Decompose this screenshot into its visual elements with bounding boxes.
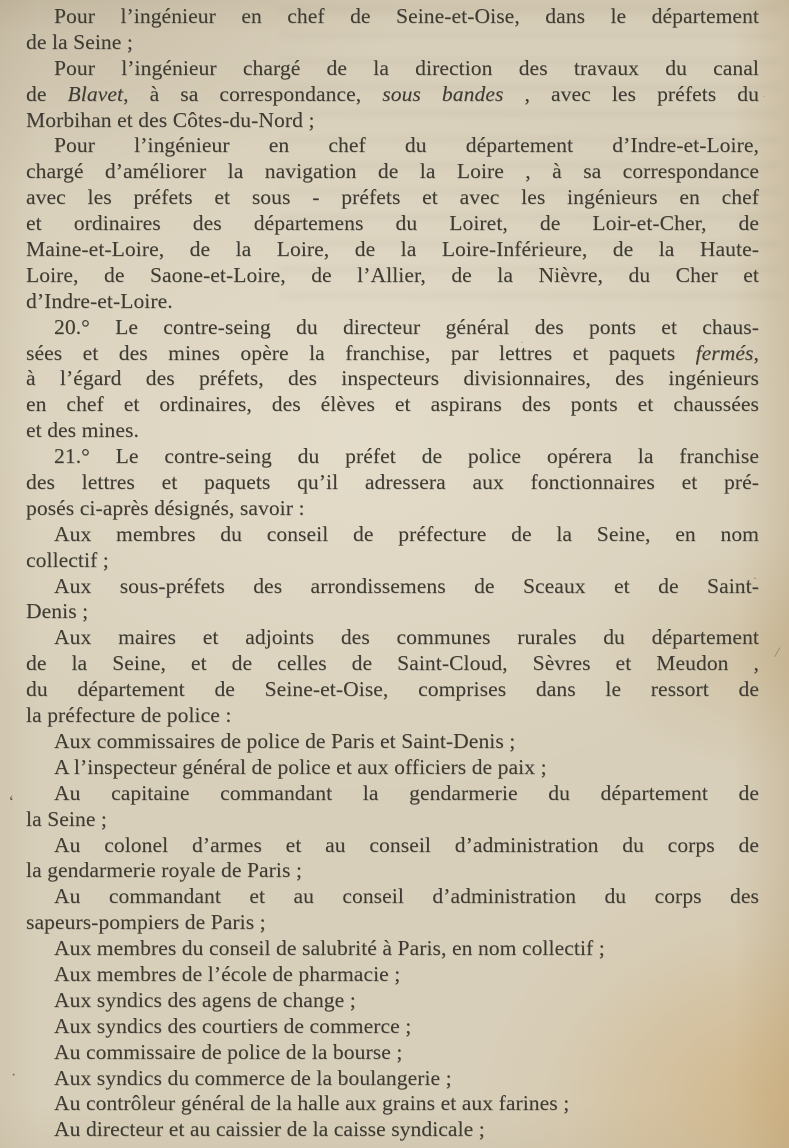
text-line: de Blavet, à sa correspondance, sous ban… — [26, 82, 759, 108]
text-line: la préfecture de police : — [26, 703, 759, 729]
paragraph: Aux membres de l’école de pharmacie ; — [26, 962, 759, 988]
text-line: à l’égard des préfets, des inspecteurs d… — [26, 366, 759, 392]
text-run: A l’inspecteur général de police et aux … — [54, 755, 547, 779]
text-line: Pour l’ingénieur en chef du département … — [26, 133, 759, 159]
text-run: la préfecture de police : — [26, 703, 231, 727]
text-run: Aux syndics des agens de change ; — [54, 988, 356, 1012]
text-run: de la Seine, et de celles de Saint-Cloud… — [26, 651, 759, 675]
text-run: , à sa correspondance, — [123, 82, 382, 106]
text-run: Denis ; — [26, 599, 88, 623]
text-line: Au capitaine commandant la gendarmerie d… — [26, 781, 759, 807]
paragraph: Pour l’ingénieur en chef de Seine-et-Ois… — [26, 4, 759, 56]
italic-text: Blavet — [68, 82, 124, 106]
text-line: sapeurs-pompiers de Paris ; — [26, 910, 759, 936]
paragraph: 21.° Le contre-seing du préfet de police… — [26, 444, 759, 522]
text-line: la gendarmerie royale de Paris ; — [26, 858, 759, 884]
paragraph: Aux commissaires de police de Paris et S… — [26, 729, 759, 755]
text-run: la gendarmerie royale de Paris ; — [26, 858, 302, 882]
paragraph: Pour l’ingénieur en chef du département … — [26, 133, 759, 314]
text-run: la Seine ; — [26, 807, 107, 831]
text-run: 20.° Le contre-seing du directeur généra… — [54, 315, 759, 339]
paragraph: Aux membres du conseil de salubrité à Pa… — [26, 936, 759, 962]
stray-mark: · — [762, 92, 766, 103]
text-line: posés ci-après désignés, savoir : — [26, 496, 759, 522]
paragraph: Aux maires et adjoints des communes rura… — [26, 625, 759, 729]
text-run: Aux membres de l’école de pharmacie ; — [54, 962, 400, 986]
text-run: Pour l’ingénieur en chef du département … — [54, 133, 759, 157]
text-line: Aux sous-préfets des arrondissemens de S… — [26, 574, 759, 600]
text-run: Pour l’ingénieur en chef de Seine-et-Ois… — [54, 4, 759, 28]
text-line: Au contrôleur général de la halle aux gr… — [26, 1091, 759, 1117]
text-line: la Seine ; — [26, 807, 759, 833]
text-run: des lettres et paquets qu’il adressera a… — [26, 470, 759, 494]
text-run: Aux maires et adjoints des communes rura… — [54, 625, 759, 649]
text-run: , avec les préfets du — [503, 82, 759, 106]
text-line: des lettres et paquets qu’il adressera a… — [26, 470, 759, 496]
text-run: Au commandant et au conseil d’administra… — [54, 884, 759, 908]
text-run: posés ci-après désignés, savoir : — [26, 496, 305, 520]
paragraph: Pour l’ingénieur chargé de la direction … — [26, 56, 759, 134]
text-line: Au commandant et au conseil d’administra… — [26, 884, 759, 910]
text-run: Au capitaine commandant la gendarmerie d… — [54, 781, 759, 805]
text-line: Pour l’ingénieur chargé de la direction … — [26, 56, 759, 82]
text-run: Aux syndics des courtiers de commerce ; — [54, 1014, 411, 1038]
text-line: Maine-et-Loire, de la Loire, de la Loire… — [26, 237, 759, 263]
text-run: Aux membres du conseil de préfecture de … — [54, 522, 759, 546]
text-run: avec les préfets et sous - préfets et av… — [26, 185, 759, 209]
text-run: du département de Seine-et-Oise, compris… — [26, 677, 759, 701]
text-line: sées et des mines opère la franchise, pa… — [26, 341, 759, 367]
paragraph: Aux syndics des courtiers de commerce ; — [26, 1014, 759, 1040]
page-text: Pour l’ingénieur en chef de Seine-et-Ois… — [26, 4, 759, 1143]
text-line: Loire, de Saone-et-Loire, de l’Allier, d… — [26, 263, 759, 289]
text-line: en chef et ordinaires, des élèves et asp… — [26, 392, 759, 418]
text-run: Aux commissaires de police de Paris et S… — [54, 729, 515, 753]
text-run: d’Indre-et-Loire. — [26, 289, 173, 313]
text-line: Aux syndics du commerce de la boulangeri… — [26, 1066, 759, 1092]
text-run: Au contrôleur général de la halle aux gr… — [54, 1091, 569, 1115]
text-run: Au commissaire de police de la bourse ; — [54, 1040, 402, 1064]
text-line: Morbihan et des Côtes-du-Nord ; — [26, 108, 759, 134]
paragraph: Au commissaire de police de la bourse ; — [26, 1040, 759, 1066]
text-run: Pour l’ingénieur chargé de la direction … — [54, 56, 759, 80]
text-run: Au colonel d’armes et au conseil d’admin… — [54, 833, 759, 857]
text-run: et ordinaires des départemens du Loiret,… — [26, 211, 759, 235]
text-run: 21.° Le contre-seing du préfet de police… — [54, 444, 759, 468]
paragraph: Au capitaine commandant la gendarmerie d… — [26, 781, 759, 833]
text-run: Loire, de Saone-et-Loire, de l’Allier, d… — [26, 263, 759, 287]
paragraph: 20.° Le contre-seing du directeur généra… — [26, 315, 759, 444]
text-run: en chef et ordinaires, des élèves et asp… — [26, 392, 759, 416]
text-run: Morbihan et des Côtes-du-Nord ; — [26, 108, 315, 132]
paragraph: Au colonel d’armes et au conseil d’admin… — [26, 833, 759, 885]
text-line: de la Seine ; — [26, 30, 759, 56]
text-line: Aux commissaires de police de Paris et S… — [26, 729, 759, 755]
italic-text: sous bandes — [382, 82, 503, 106]
text-run: , — [754, 341, 759, 365]
text-run: à l’égard des préfets, des inspecteurs d… — [26, 366, 759, 390]
paragraph: Aux syndics du commerce de la boulangeri… — [26, 1066, 759, 1092]
text-line: Au directeur et au caissier de la caisse… — [26, 1117, 759, 1143]
text-line: Aux maires et adjoints des communes rura… — [26, 625, 759, 651]
text-line: Aux membres du conseil de préfecture de … — [26, 522, 759, 548]
text-line: Au commissaire de police de la bourse ; — [26, 1040, 759, 1066]
paragraph: Au commandant et au conseil d’administra… — [26, 884, 759, 936]
text-line: Aux syndics des courtiers de commerce ; — [26, 1014, 759, 1040]
text-line: et ordinaires des départemens du Loiret,… — [26, 211, 759, 237]
text-line: Aux membres de l’école de pharmacie ; — [26, 962, 759, 988]
text-run: collectif ; — [26, 548, 109, 572]
stray-mark: ‘ — [8, 793, 16, 811]
text-line: du département de Seine-et-Oise, compris… — [26, 677, 759, 703]
text-run: chargé d’améliorer la navigation de la L… — [26, 159, 759, 183]
scanned-document-page: Pour l’ingénieur en chef de Seine-et-Ois… — [0, 0, 789, 1148]
text-run: de — [26, 82, 68, 106]
text-line: d’Indre-et-Loire. — [26, 289, 759, 315]
text-line: et des mines. — [26, 418, 759, 444]
text-run: Aux sous-préfets des arrondissemens de S… — [54, 574, 759, 598]
text-line: Aux syndics des agens de change ; — [26, 988, 759, 1014]
text-line: 21.° Le contre-seing du préfet de police… — [26, 444, 759, 470]
text-run: Aux syndics du commerce de la boulangeri… — [54, 1066, 452, 1090]
text-run: sapeurs-pompiers de Paris ; — [26, 910, 266, 934]
stray-mark: / — [774, 646, 781, 661]
text-run: de la Seine ; — [26, 30, 133, 54]
text-run: sées et des mines opère la franchise, pa… — [26, 341, 696, 365]
paragraph: Au directeur et au caissier de la caisse… — [26, 1117, 759, 1143]
paragraph: Aux sous-préfets des arrondissemens de S… — [26, 574, 759, 626]
text-line: A l’inspecteur général de police et aux … — [26, 755, 759, 781]
paragraph: Aux membres du conseil de préfecture de … — [26, 522, 759, 574]
text-line: avec les préfets et sous - préfets et av… — [26, 185, 759, 211]
italic-text: fermés — [696, 341, 754, 365]
text-line: collectif ; — [26, 548, 759, 574]
text-line: Pour l’ingénieur en chef de Seine-et-Ois… — [26, 4, 759, 30]
text-run: Maine-et-Loire, de la Loire, de la Loire… — [26, 237, 759, 261]
paragraph: Aux syndics des agens de change ; — [26, 988, 759, 1014]
text-line: Aux membres du conseil de salubrité à Pa… — [26, 936, 759, 962]
text-line: chargé d’améliorer la navigation de la L… — [26, 159, 759, 185]
text-line: 20.° Le contre-seing du directeur généra… — [26, 315, 759, 341]
paragraph: A l’inspecteur général de police et aux … — [26, 755, 759, 781]
text-line: de la Seine, et de celles de Saint-Cloud… — [26, 651, 759, 677]
text-line: Au colonel d’armes et au conseil d’admin… — [26, 833, 759, 859]
paragraph: Au contrôleur général de la halle aux gr… — [26, 1091, 759, 1117]
stray-mark: · — [11, 1068, 16, 1084]
text-run: Aux membres du conseil de salubrité à Pa… — [54, 936, 605, 960]
text-line: Denis ; — [26, 599, 759, 625]
text-run: Au directeur et au caissier de la caisse… — [54, 1117, 485, 1141]
text-run: et des mines. — [26, 418, 139, 442]
